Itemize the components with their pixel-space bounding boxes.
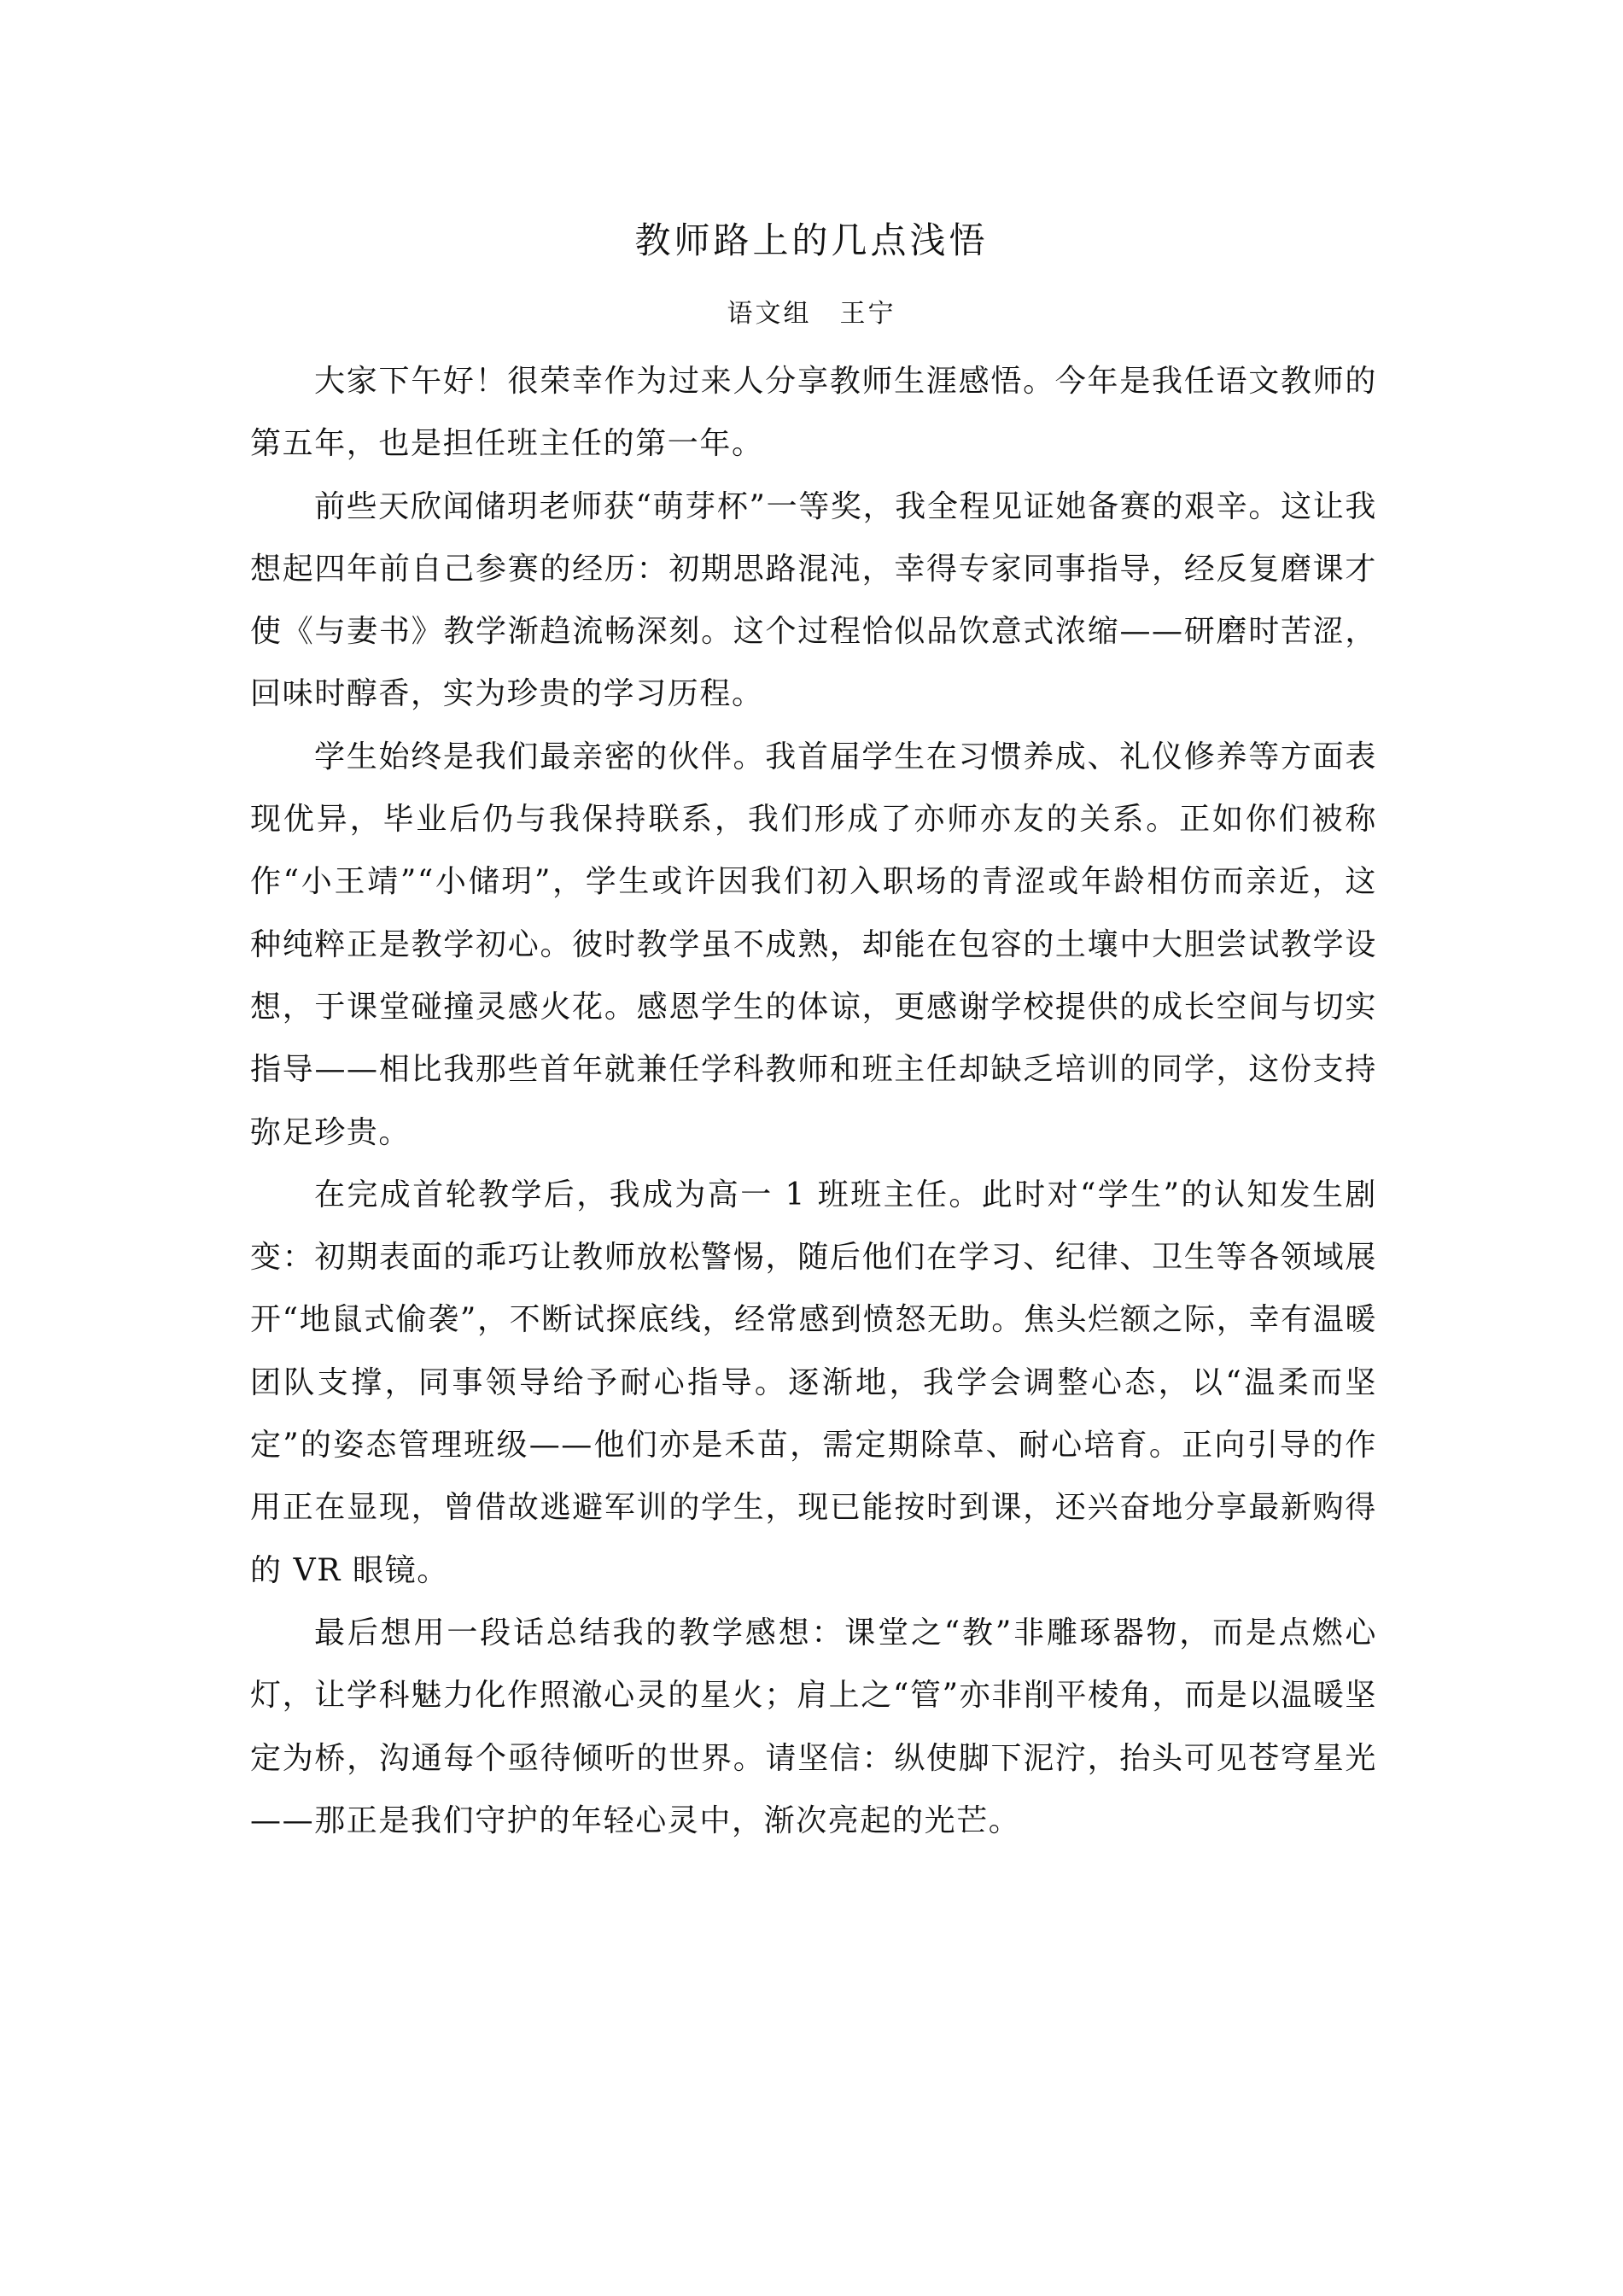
paragraph-students: 学生始终是我们最亲密的伙伴。我首届学生在习惯养成、礼仪修养等方面表现优异，毕业后…	[250, 726, 1377, 1164]
document-title: 教师路上的几点浅悟	[0, 215, 1623, 266]
document-page: 教师路上的几点浅悟 语文组 王宁 大家下午好！很荣幸作为过来人分享教师生涯感悟。…	[0, 0, 1623, 2296]
paragraph-conclusion: 最后想用一段话总结我的教学感想：课堂之“教”非雕琢器物，而是点燃心灯，让学科魅力…	[250, 1602, 1377, 1852]
paragraph-competition: 前些天欣闻储玥老师获“萌芽杯”一等奖，我全程见证她备赛的艰辛。这让我想起四年前自…	[250, 476, 1377, 726]
document-body: 大家下午好！很荣幸作为过来人分享教师生涯感悟。今年是我任语文教师的第五年，也是担…	[250, 350, 1377, 1852]
paragraph-greeting: 大家下午好！很荣幸作为过来人分享教师生涯感悟。今年是我任语文教师的第五年，也是担…	[250, 350, 1377, 476]
paragraph-head-teacher: 在完成首轮教学后，我成为高一 1 班班主任。此时对“学生”的认知发生剧变：初期表…	[250, 1164, 1377, 1602]
author-line: 语文组 王宁	[0, 295, 1623, 333]
